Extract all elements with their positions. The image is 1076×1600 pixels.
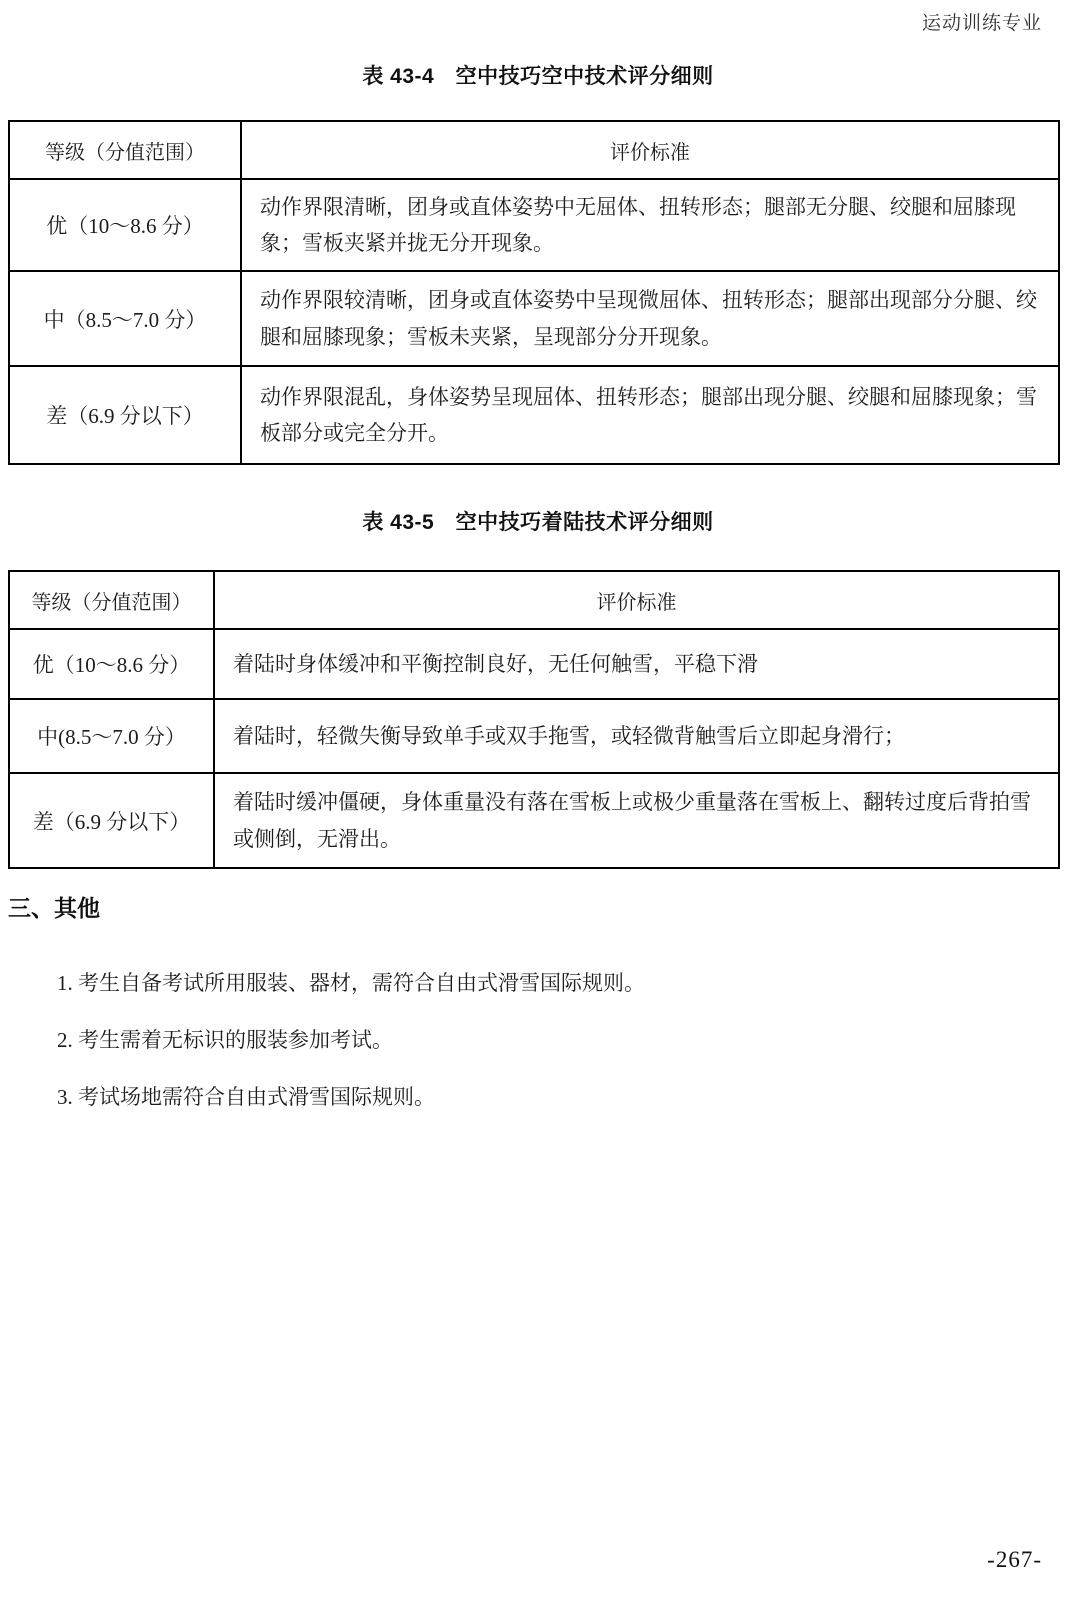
table-row: 等级（分值范围） 评价标准 bbox=[9, 571, 1059, 629]
grade-cell: 优（10～8.6 分） bbox=[9, 629, 214, 699]
table2-title: 表 43-5 空中技巧着陆技术评分细则 bbox=[0, 506, 1076, 536]
grade-cell: 中(8.5～7.0 分） bbox=[9, 699, 214, 773]
column-header-criteria: 评价标准 bbox=[214, 571, 1059, 629]
table-row: 优（10～8.6 分） 动作界限清晰，团身或直体姿势中无屈体、扭转形态；腿部无分… bbox=[9, 179, 1059, 271]
criteria-cell: 动作界限混乱，身体姿势呈现屈体、扭转形态；腿部出现分腿、绞腿和屈膝现象；雪板部分… bbox=[241, 366, 1059, 464]
grade-cell: 差（6.9 分以下） bbox=[9, 773, 214, 868]
list-item: 1. 考生自备考试所用服装、器材，需符合自由式滑雪国际规则。 bbox=[57, 966, 645, 1023]
grade-cell: 差（6.9 分以下） bbox=[9, 366, 241, 464]
table-aerial-technique: 等级（分值范围） 评价标准 优（10～8.6 分） 动作界限清晰，团身或直体姿势… bbox=[8, 120, 1060, 465]
table-row: 差（6.9 分以下） 动作界限混乱，身体姿势呈现屈体、扭转形态；腿部出现分腿、绞… bbox=[9, 366, 1059, 464]
criteria-cell: 动作界限清晰，团身或直体姿势中无屈体、扭转形态；腿部无分腿、绞腿和屈膝现象；雪板… bbox=[241, 179, 1059, 271]
running-head: 运动训练专业 bbox=[922, 8, 1042, 35]
table-row: 等级（分值范围） 评价标准 bbox=[9, 121, 1059, 179]
column-header-criteria: 评价标准 bbox=[241, 121, 1059, 179]
grade-cell: 优（10～8.6 分） bbox=[9, 179, 241, 271]
table-row: 中(8.5～7.0 分） 着陆时，轻微失衡导致单手或双手拖雪，或轻微背触雪后立即… bbox=[9, 699, 1059, 773]
criteria-cell: 着陆时缓冲僵硬，身体重量没有落在雪板上或极少重量落在雪板上、翻转过度后背拍雪或侧… bbox=[214, 773, 1059, 868]
column-header-grade: 等级（分值范围） bbox=[9, 571, 214, 629]
other-rules-list: 1. 考生自备考试所用服装、器材，需符合自由式滑雪国际规则。 2. 考生需着无标… bbox=[57, 966, 645, 1137]
grade-cell: 中（8.5～7.0 分） bbox=[9, 271, 241, 366]
list-item: 2. 考生需着无标识的服装参加考试。 bbox=[57, 1023, 645, 1080]
column-header-grade: 等级（分值范围） bbox=[9, 121, 241, 179]
page-number: -267- bbox=[987, 1547, 1042, 1573]
criteria-cell: 着陆时，轻微失衡导致单手或双手拖雪，或轻微背触雪后立即起身滑行； bbox=[214, 699, 1059, 773]
document-page: 运动训练专业 表 43-4 空中技巧空中技术评分细则 等级（分值范围） 评价标准… bbox=[0, 0, 1076, 1600]
section-heading-other: 三、其他 bbox=[8, 890, 100, 923]
criteria-cell: 动作界限较清晰，团身或直体姿势中呈现微屈体、扭转形态；腿部出现部分分腿、绞腿和屈… bbox=[241, 271, 1059, 366]
criteria-cell: 着陆时身体缓冲和平衡控制良好，无任何触雪，平稳下滑 bbox=[214, 629, 1059, 699]
table1-title: 表 43-4 空中技巧空中技术评分细则 bbox=[0, 60, 1076, 90]
table-landing-technique: 等级（分值范围） 评价标准 优（10～8.6 分） 着陆时身体缓冲和平衡控制良好… bbox=[8, 570, 1060, 869]
table-row: 优（10～8.6 分） 着陆时身体缓冲和平衡控制良好，无任何触雪，平稳下滑 bbox=[9, 629, 1059, 699]
list-item: 3. 考试场地需符合自由式滑雪国际规则。 bbox=[57, 1080, 645, 1137]
table-row: 中（8.5～7.0 分） 动作界限较清晰，团身或直体姿势中呈现微屈体、扭转形态；… bbox=[9, 271, 1059, 366]
table-row: 差（6.9 分以下） 着陆时缓冲僵硬，身体重量没有落在雪板上或极少重量落在雪板上… bbox=[9, 773, 1059, 868]
